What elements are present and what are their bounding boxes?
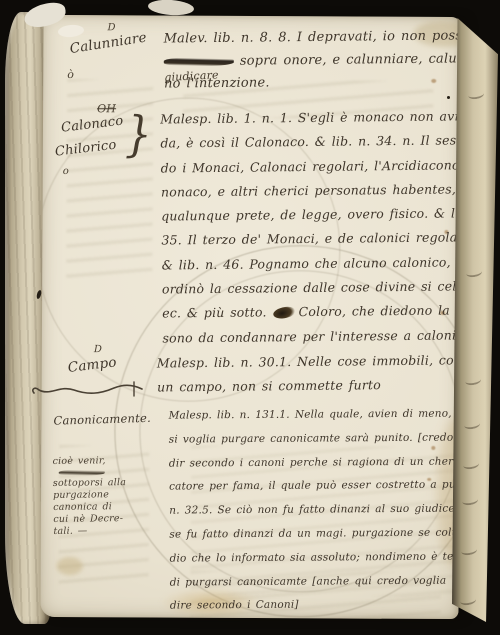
manuscript-line: ec. & più sotto.Coloro, che diedono la c… [162, 302, 461, 330]
manuscript-line: qualunque prete, de legge, overo fisico.… [161, 205, 461, 233]
manuscript-line: sono da condannare per l'interesse a cal… [162, 326, 461, 354]
crossed-out-word [59, 469, 105, 476]
entry-calonaco: Malesp. lib. 1. n. 1. S'egli è monaco no… [160, 108, 461, 355]
manuscript-line: Malev. lib. n. 8. 8. I depravati, io non… [163, 28, 461, 54]
manuscript-line: dio che lo informato sia assoluto; nondi… [170, 550, 462, 577]
separator-flourish [30, 380, 148, 400]
manuscript-line: & lib. n. 46. Pognamo che alcuno calonic… [162, 253, 462, 281]
margin-note-line: tali. — [53, 525, 165, 538]
manuscript-photo: D Calunniare ò OH Calonaco Chilorico } o… [0, 0, 500, 635]
edge-writing-fragment [464, 375, 481, 386]
margin-mark: D [94, 344, 102, 355]
next-page-edge [452, 18, 498, 622]
manuscript-text: Coloro, che diedono la cagione [299, 302, 462, 319]
manuscript-line: Malesp. lib. 1. n. 1. S'egli è monaco no… [160, 108, 461, 136]
manuscript-line: si voglia purgare canonicamte sarà punit… [169, 431, 462, 458]
crossed-out-word [164, 56, 234, 66]
manuscript-text: sopra onore, e calunniare, calunnia- [240, 51, 462, 69]
manuscript-line: da, è così il Calonaco. & lib. n. 34. n.… [160, 132, 461, 160]
torn-paper-fragment [148, 0, 195, 17]
entry-calunniare: Malev. lib. n. 8. 8. I depravati, io non… [163, 28, 461, 99]
entry-canonicamente: Malesp. lib. n. 131.1. Nella quale, avie… [169, 407, 462, 619]
manuscript-line: un campo, non si commette furto [157, 376, 462, 404]
edge-writing-fragment [467, 89, 484, 100]
manuscript-line: se fu fatto dinanzi da un magi. purgazio… [169, 526, 461, 553]
manuscript-line: Malesp. lib. n. 30.1. Nelle cose immobil… [157, 352, 462, 380]
margin-mark: D [107, 22, 115, 33]
margin-mark-struck: OH [97, 102, 116, 115]
margin-keyword-canonicamente: Canonicamente. [53, 411, 151, 428]
manuscript-text: ec. & più sotto. [162, 305, 267, 321]
margin-mark: o [63, 166, 69, 177]
edge-writing-fragment [459, 595, 476, 606]
margin-note-line: cioè venir, [53, 455, 165, 468]
edge-writing-fragment [465, 267, 482, 278]
inserted-correction: giudicare [164, 68, 219, 84]
manuscript-line: n. 32.5. Se ciò non fu fatto dinanzi al … [169, 502, 461, 529]
manuscript-line: nonaco, e altri cherici personatus haben… [161, 180, 462, 208]
margin-note: cioè venir, sottoporsi alla purgazione c… [53, 455, 166, 538]
manuscript-line: ordinò la cessazione dalle cose divine s… [162, 278, 462, 306]
manuscript-line: 35. Il terzo de' Monaci, e de calonici r… [161, 229, 461, 257]
entry-campo: Malesp. lib. n. 30.1. Nelle cose immobil… [157, 352, 462, 404]
manuscript-line: dire secondo i Canoni] [170, 597, 462, 619]
ink-speck [447, 96, 450, 99]
margin-mark: ò [67, 68, 74, 81]
manuscript-line: di purgarsi canonicamte [anche qui credo… [170, 573, 462, 600]
ink-blot [273, 305, 297, 321]
manuscript-page: D Calunniare ò OH Calonaco Chilorico } o… [40, 15, 461, 619]
manuscript-line: dir secondo i canoni perche si ragiona d… [169, 454, 462, 481]
margin-brace: } [125, 106, 152, 162]
edge-writing-fragment [462, 459, 479, 470]
manuscript-line: catore per fama, il quale può esser cost… [169, 478, 462, 505]
edge-writing-fragment [463, 419, 480, 430]
edge-writing-fragment [460, 545, 477, 556]
page-stain [57, 557, 83, 575]
manuscript-line: do i Monaci, Calonaci regolari, l'Arcidi… [161, 156, 462, 184]
edge-writing-fragment [461, 495, 478, 506]
manuscript-line: Malesp. lib. n. 131.1. Nella quale, avie… [169, 407, 462, 434]
